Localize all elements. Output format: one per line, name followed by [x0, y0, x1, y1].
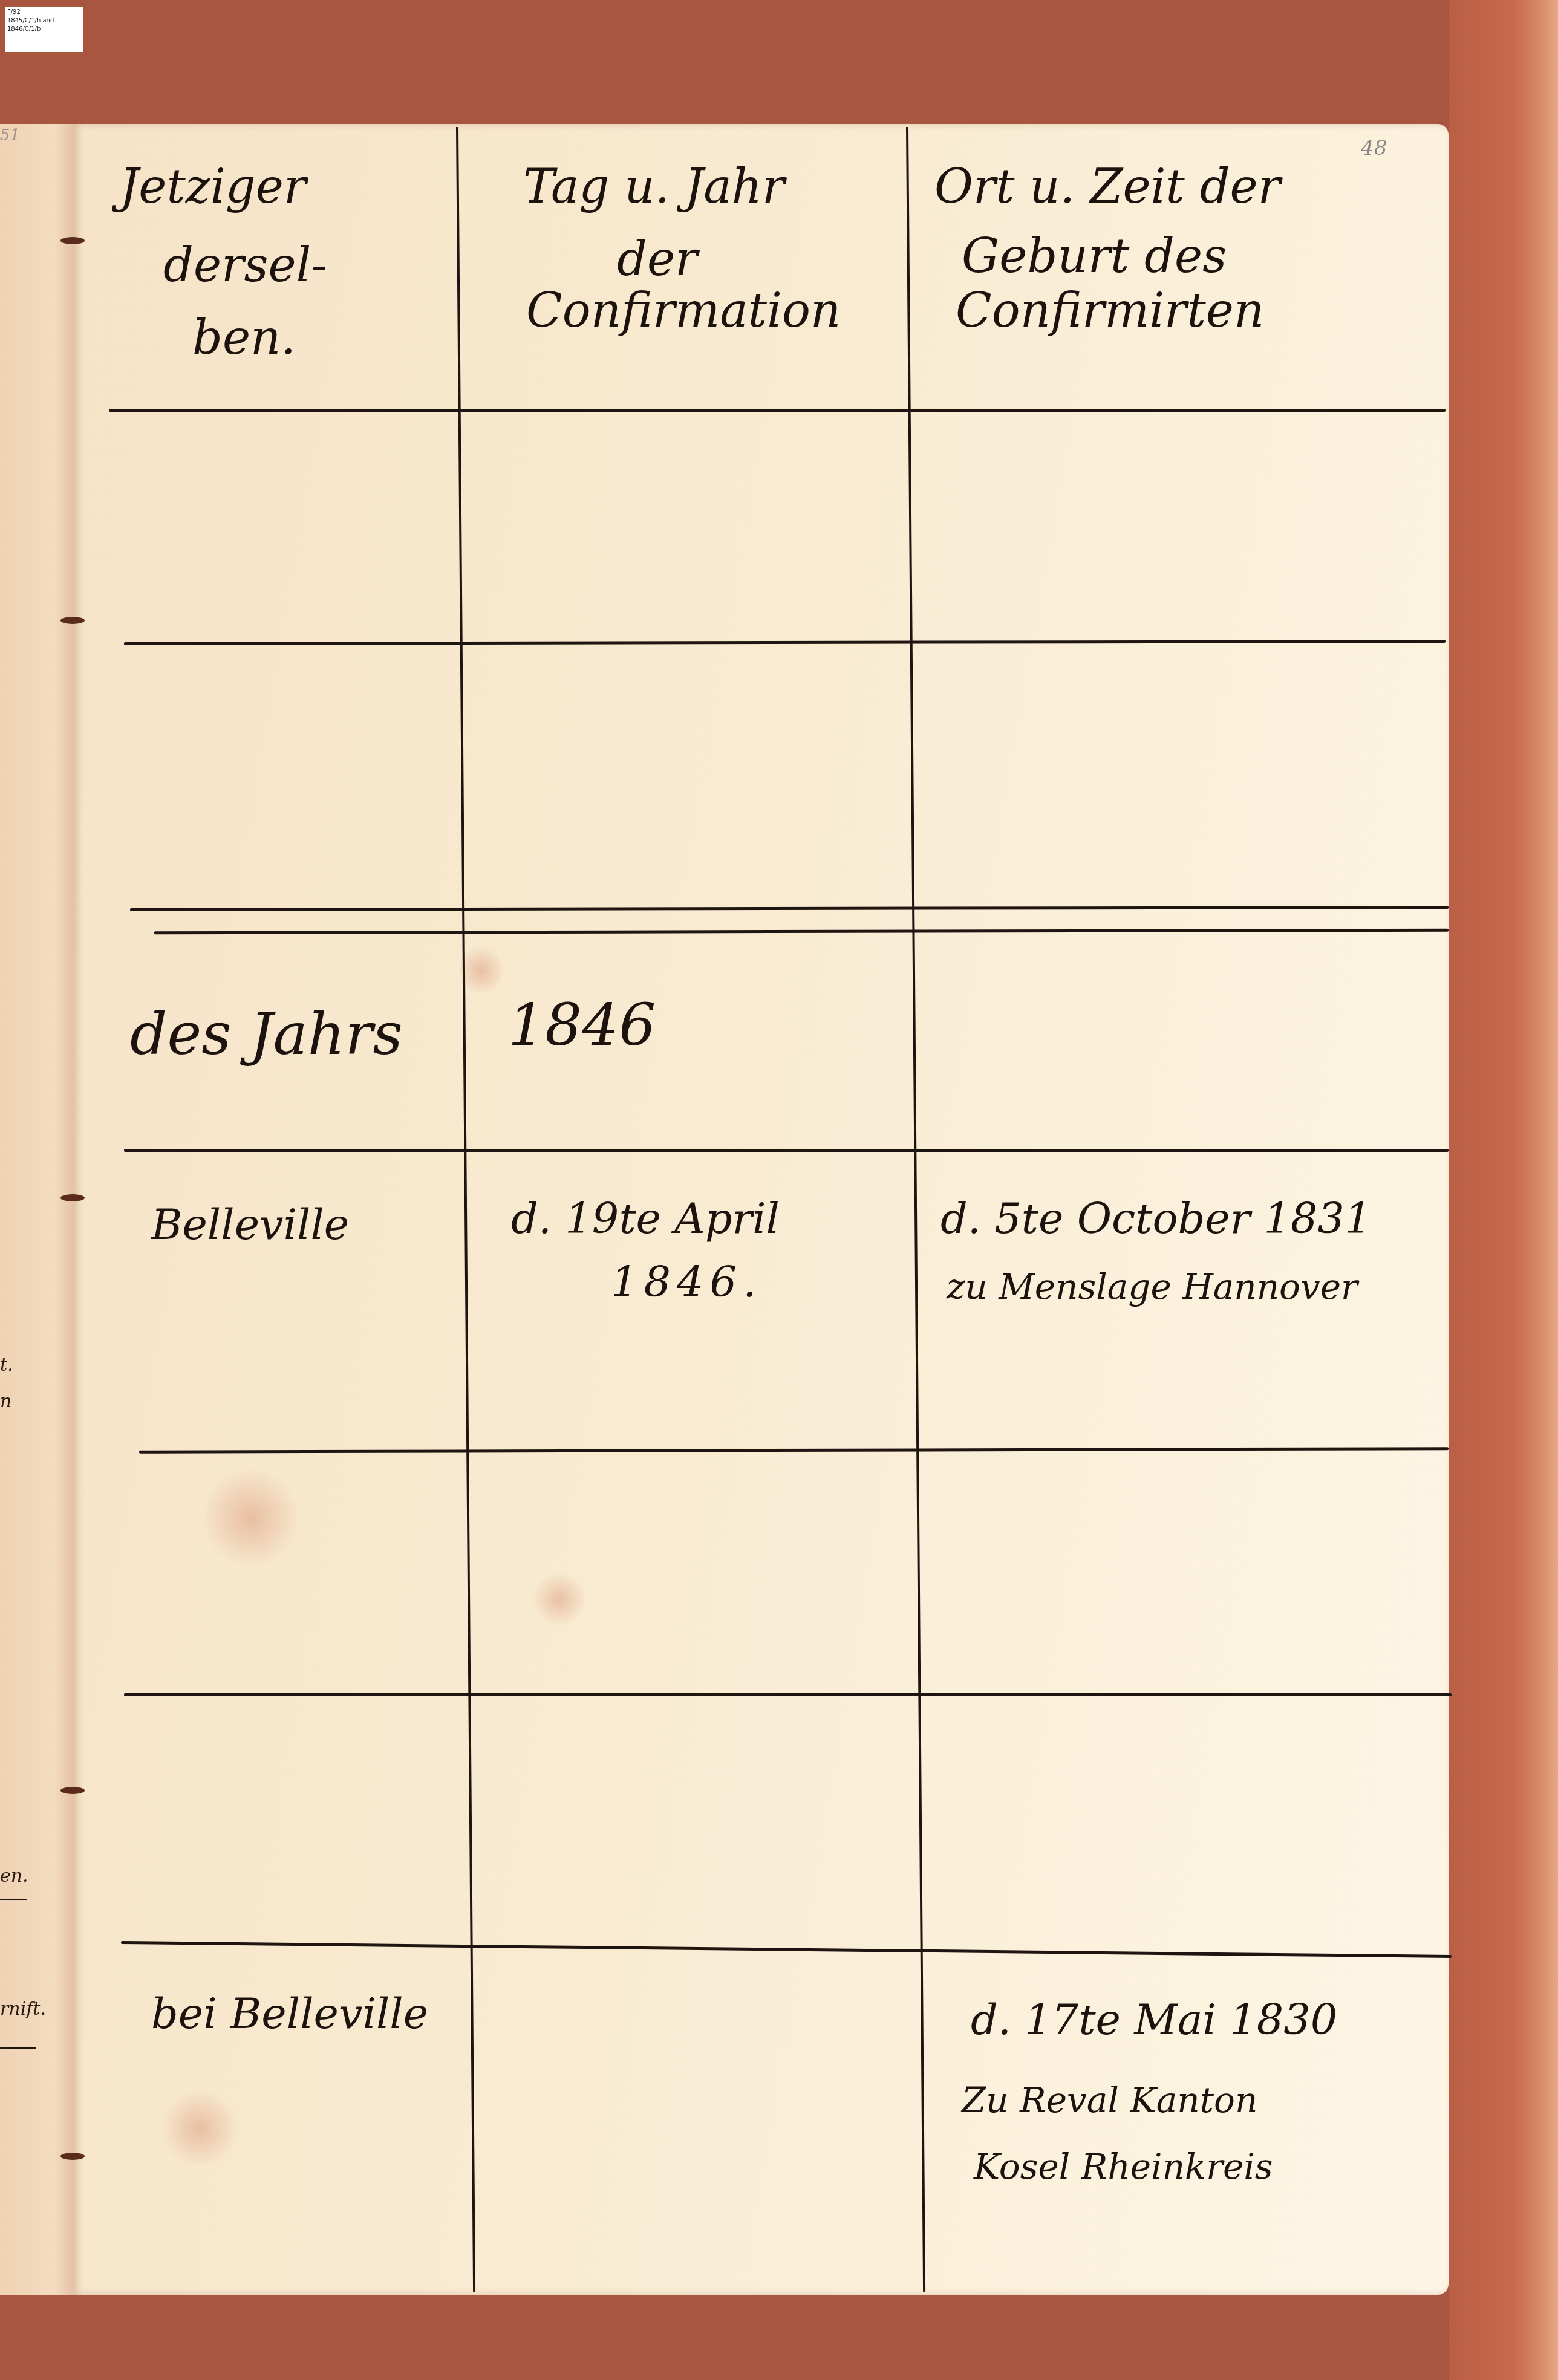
binding-stitch-icon: [60, 617, 85, 624]
binding-stitch-icon: [60, 237, 85, 244]
facing-page-number: 51: [0, 126, 20, 145]
header-line: Confirmation: [526, 284, 841, 339]
paper-stain: [460, 943, 502, 998]
entry-birth-date: d. 17te Mai 1830: [971, 1995, 1337, 2044]
header-rule: [109, 409, 1446, 412]
margin-fragment: rnift.: [0, 1998, 46, 2020]
entry-birth-date: d. 5te October 1831: [940, 1194, 1372, 1243]
row-rule: [124, 1693, 1452, 1696]
binding-stitch-icon: [60, 1787, 85, 1794]
header-line: dersel-: [163, 239, 327, 293]
entry-confirmation-date: d. 19te April: [511, 1194, 780, 1243]
archive-label-line: F/92: [7, 8, 82, 17]
binding-stitch-icon: [60, 1194, 85, 1201]
entry-birth-place: zu Menslage Hannover: [947, 1267, 1358, 1307]
paper-stain: [532, 1572, 587, 1627]
archive-reference-label: F/92 1845/C/1/h and 1846/C/1/b: [5, 7, 83, 52]
binding-stitch-icon: [60, 2153, 85, 2160]
header-line: Geburt des: [962, 230, 1227, 284]
header-line: ben.: [192, 311, 296, 366]
header-line: Confirmirten: [956, 284, 1264, 339]
header-line: Tag u. Jahr: [523, 160, 784, 215]
scan-background-edge: [1449, 0, 1558, 2380]
section-heading-label: des Jahrs: [130, 1001, 403, 1067]
entry-birth-region: Kosel Rheinkreis: [974, 2147, 1273, 2187]
entry-residence: Belleville: [151, 1200, 349, 1249]
section-heading-year-value: 1846: [508, 992, 656, 1058]
margin-fragment: en.: [0, 1865, 28, 1887]
margin-rule: [0, 2047, 36, 2049]
archive-label-line: 1846/C/1/b: [7, 25, 82, 34]
archive-label-line: 1845/C/1/h and: [7, 17, 82, 25]
page-number: 48: [1361, 136, 1387, 160]
paper-stain: [157, 2092, 242, 2165]
margin-fragment: t.: [0, 1354, 13, 1376]
margin-fragment: n: [0, 1391, 11, 1412]
facing-page-strip: 51 t. n en. rnift.: [0, 124, 77, 2295]
header-line: Jetziger: [120, 160, 306, 215]
entry-confirmation-year: 1846.: [611, 1258, 762, 1307]
entry-residence: bei Belleville: [151, 1989, 428, 2038]
margin-rule: [0, 1899, 27, 1900]
header-line: Ort u. Zeit der: [934, 160, 1280, 215]
row-rule: [124, 1149, 1449, 1152]
paper-stain: [206, 1463, 296, 1572]
header-line: der: [617, 233, 697, 287]
entry-birth-place: Zu Reval Kanton: [962, 2080, 1257, 2121]
